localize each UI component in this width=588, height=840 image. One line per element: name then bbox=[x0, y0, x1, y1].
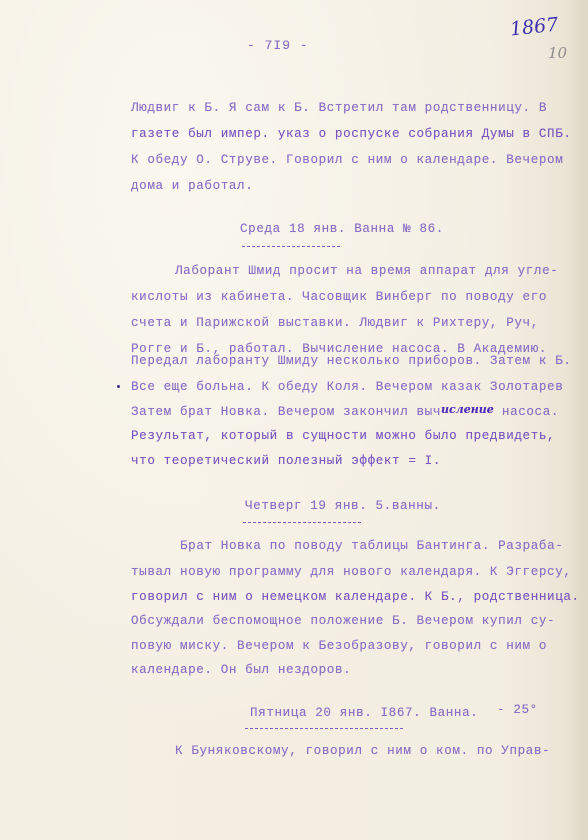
text-line: Результат, который в сущности можно было… bbox=[131, 429, 555, 443]
text-line: Передал лаборанту Шмиду несколько прибор… bbox=[131, 354, 572, 368]
margin-ink-dot bbox=[117, 385, 120, 388]
handwritten-folio-number: 10 bbox=[548, 44, 567, 62]
text-line: К обеду О. Струве. Говорил с ним о кален… bbox=[131, 153, 563, 167]
text-line: дома и работал. bbox=[131, 179, 253, 193]
text-line: Все еще больна. К обеду Коля. Вечером ка… bbox=[131, 380, 563, 394]
text-line: Лаборант Шмид просит на время аппарат дл… bbox=[175, 264, 558, 278]
text-line: говорил с ним о немецком календаре. К Б.… bbox=[131, 590, 580, 604]
page-number: - 7I9 - bbox=[247, 38, 309, 53]
text-line: счета и Парижской выставки. Людвиг к Рих… bbox=[131, 316, 539, 330]
text-line: газете был импер. указ о роспуске собран… bbox=[131, 127, 572, 141]
typewritten-diary-page: - 7I9 - 1867 10 Людвиг к Б. Я сам к Б. В… bbox=[0, 0, 588, 840]
text-line: календаре. Он был нездоров. bbox=[131, 663, 351, 677]
text-line: что теоретический полезный эффект = I. bbox=[131, 454, 441, 468]
text-segment: насоса. bbox=[502, 405, 559, 419]
text-line: кислоты из кабинета. Часовщик Винберг по… bbox=[131, 290, 547, 304]
temperature-note: - 25° bbox=[497, 703, 538, 717]
entry-heading-thursday: Четверг 19 янв. 5.ванны. bbox=[245, 499, 441, 513]
text-line: Людвиг к Б. Я сам к Б. Встретил там родс… bbox=[131, 101, 547, 115]
heading-underline bbox=[243, 522, 361, 523]
entry-heading-friday: Пятница 20 янв. I867. Ванна. bbox=[250, 706, 478, 720]
heading-underline bbox=[242, 246, 340, 247]
handwritten-year-annotation: 1867 bbox=[509, 14, 559, 41]
text-line: тывал новую программу для нового календа… bbox=[131, 565, 572, 579]
heading-underline bbox=[245, 728, 403, 729]
text-segment: Затем брат Новка. Вечером закончил выч bbox=[131, 405, 441, 419]
text-line: Обсуждали беспомощное положение Б. Вечер… bbox=[131, 614, 555, 628]
text-line: К Буняковскому, говорил с ним о ком. по … bbox=[175, 744, 550, 758]
text-line: повую миску. Вечером к Безобразову, гово… bbox=[131, 639, 547, 653]
handwritten-correction: исление bbox=[441, 403, 494, 416]
text-line-with-correction: Затем брат Новка. Вечером закончил вычис… bbox=[131, 405, 559, 419]
text-line: Брат Новка по поводу таблицы Бантинга. Р… bbox=[180, 539, 563, 553]
entry-heading-wednesday: Среда 18 янв. Ванна № 86. bbox=[240, 222, 444, 236]
